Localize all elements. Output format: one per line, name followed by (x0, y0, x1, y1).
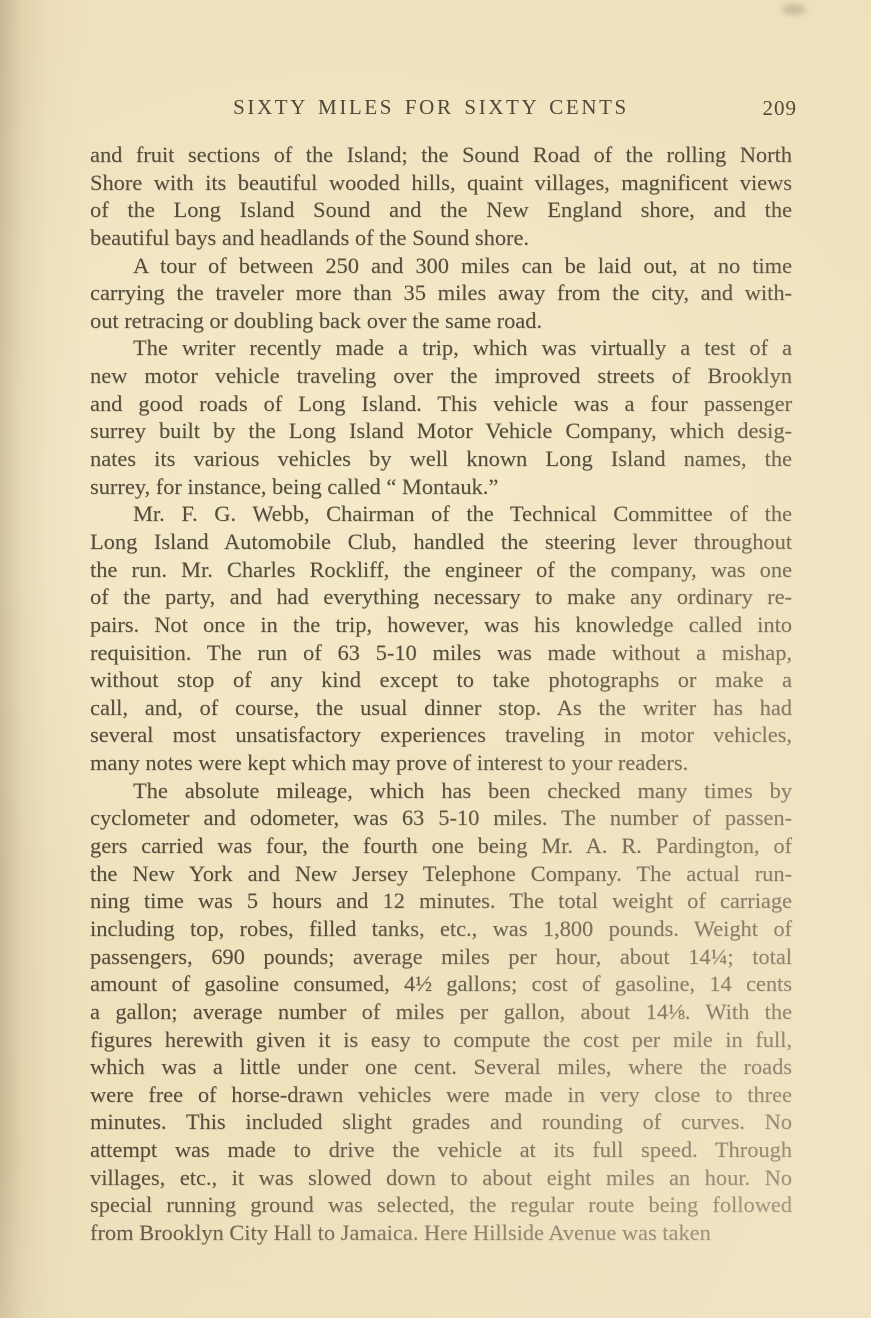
text-block: and fruit sections of the Island; the So… (90, 141, 792, 1247)
text-line: pairs. Not once in the trip, however, wa… (90, 611, 792, 639)
book-page-scan: SIXTY MILES FOR SIXTY CENTS 209 and frui… (0, 0, 871, 1318)
text-line: of the Long Island Sound and the New Eng… (90, 196, 792, 224)
text-line: surrey built by the Long Island Motor Ve… (90, 417, 792, 445)
text-line: were free of horse-drawn vehicles were m… (90, 1081, 792, 1109)
text-line: requisition. The run of 63 5-10 miles wa… (90, 639, 792, 667)
text-line: many notes were kept which may prove of … (90, 749, 792, 777)
text-line: which was a little under one cent. Sever… (90, 1053, 792, 1081)
text-line: the New York and New Jersey Telephone Co… (90, 860, 792, 888)
text-line: ning time was 5 hours and 12 minutes. Th… (90, 887, 792, 915)
text-line: figures herewith given it is easy to com… (90, 1026, 792, 1054)
text-line: passengers, 690 pounds; average miles pe… (90, 943, 792, 971)
text-line: of the party, and had everything necessa… (90, 583, 792, 611)
text-line: without stop of any kind except to take … (90, 666, 792, 694)
page-title: SIXTY MILES FOR SIXTY CENTS (80, 95, 782, 120)
text-line: attempt was made to drive the vehicle at… (90, 1136, 792, 1164)
scan-smudge (782, 4, 806, 15)
paragraph: A tour of between 250 and 300 miles can … (90, 252, 792, 335)
text-line: from Brooklyn City Hall to Jamaica. Here… (90, 1219, 792, 1247)
text-line: beautiful bays and headlands of the Soun… (90, 224, 792, 252)
text-line: and fruit sections of the Island; the So… (90, 141, 792, 169)
text-line: special running ground was selected, the… (90, 1191, 792, 1219)
text-line: The writer recently made a trip, which w… (90, 334, 792, 362)
text-line: a gallon; average number of miles per ga… (90, 998, 792, 1026)
text-line: carrying the traveler more than 35 miles… (90, 279, 792, 307)
text-line: Long Island Automobile Club, handled the… (90, 528, 792, 556)
paragraph: Mr. F. G. Webb, Chairman of the Technica… (90, 500, 792, 776)
text-line: call, and, of course, the usual dinner s… (90, 694, 792, 722)
text-line: nates its various vehicles by well known… (90, 445, 792, 473)
text-line: cyclometer and odometer, was 63 5-10 mil… (90, 804, 792, 832)
paragraph: The writer recently made a trip, which w… (90, 334, 792, 500)
text-line: the run. Mr. Charles Rockliff, the engin… (90, 556, 792, 584)
text-line: minutes. This included slight grades and… (90, 1108, 792, 1136)
text-line: The absolute mileage, which has been che… (90, 777, 792, 805)
text-line: out retracing or doubling back over the … (90, 307, 792, 335)
text-line: new motor vehicle traveling over the imp… (90, 362, 792, 390)
paragraph: and fruit sections of the Island; the So… (90, 141, 792, 252)
text-line: surrey, for instance, being called “ Mon… (90, 473, 792, 501)
paragraph: The absolute mileage, which has been che… (90, 777, 792, 1247)
running-head: SIXTY MILES FOR SIXTY CENTS 209 (90, 95, 792, 121)
text-line: Shore with its beautiful wooded hills, q… (90, 169, 792, 197)
text-line: and good roads of Long Island. This vehi… (90, 390, 792, 418)
text-line: amount of gasoline consumed, 4½ gallons;… (90, 970, 792, 998)
text-line: A tour of between 250 and 300 miles can … (90, 252, 792, 280)
text-line: Mr. F. G. Webb, Chairman of the Technica… (90, 500, 792, 528)
text-line: gers carried was four, the fourth one be… (90, 832, 792, 860)
text-line: villages, etc., it was slowed down to ab… (90, 1164, 792, 1192)
text-line: several most unsatisfactory experiences … (90, 721, 792, 749)
page-number: 209 (763, 96, 798, 121)
text-line: including top, robes, filled tanks, etc.… (90, 915, 792, 943)
